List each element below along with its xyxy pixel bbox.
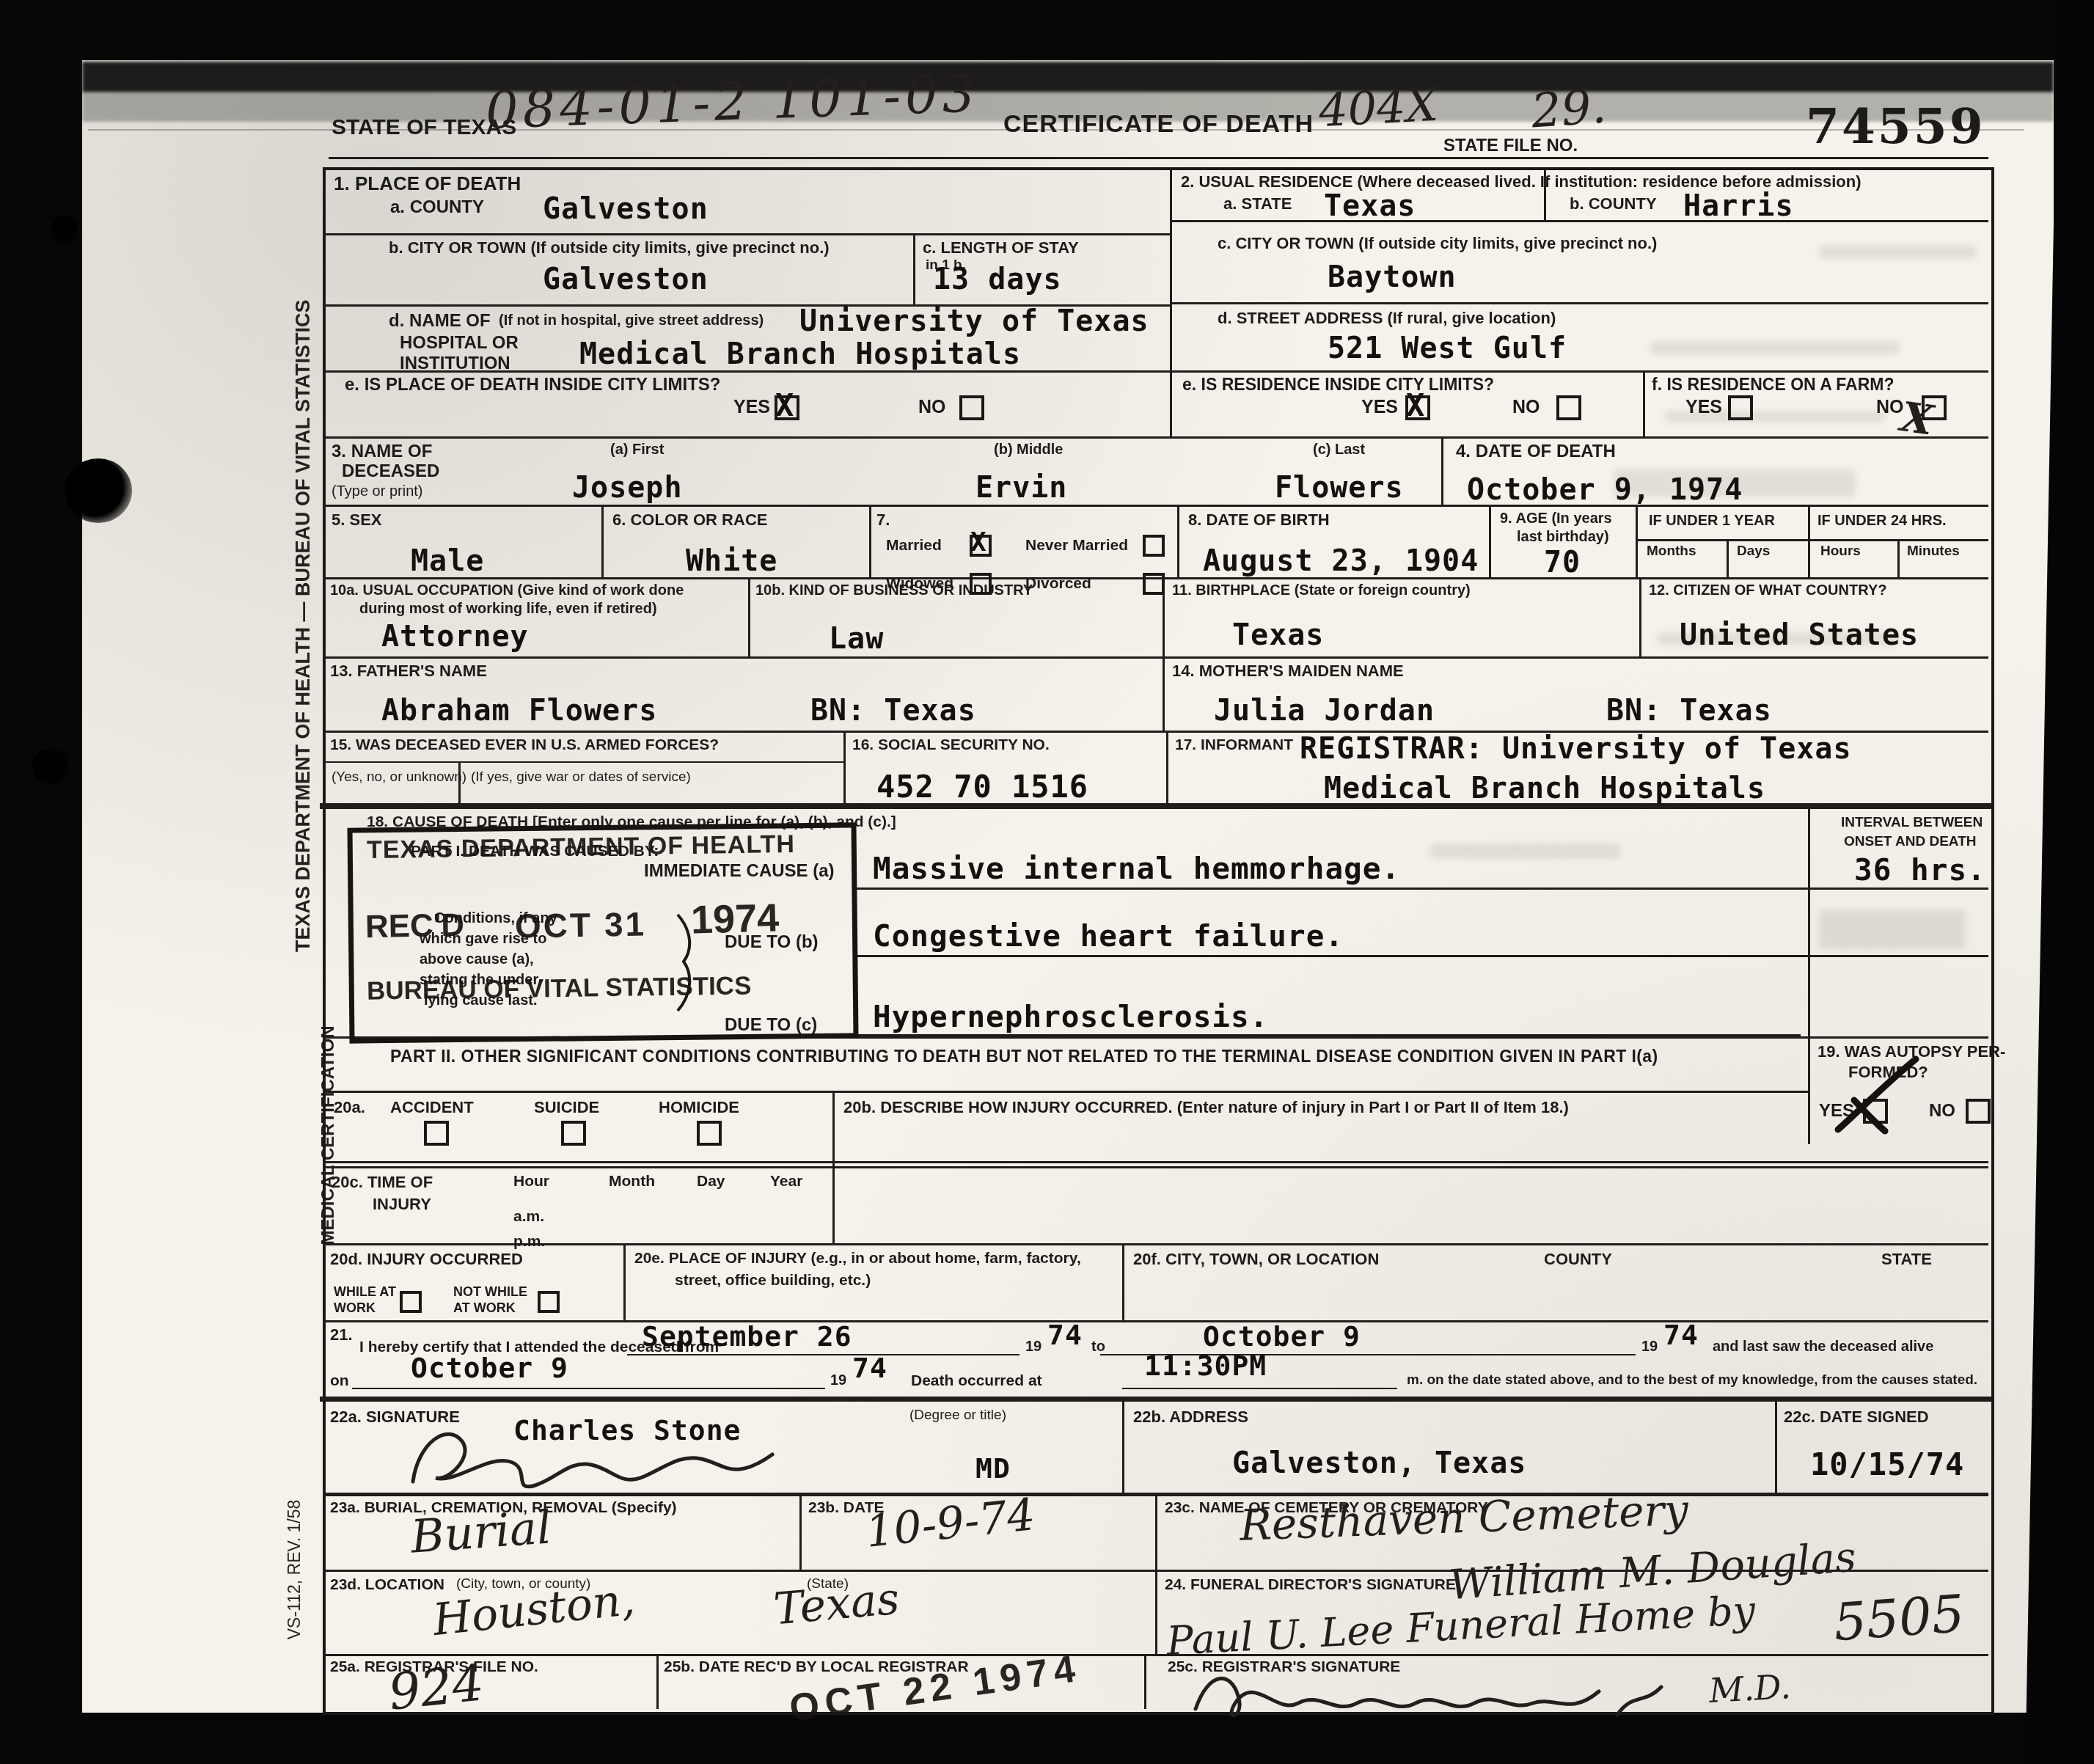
occupation-label-2: during most of working life, even if ret… bbox=[359, 601, 657, 617]
month-label: Month bbox=[609, 1174, 655, 1190]
attended-from-year: 74 bbox=[1047, 1319, 1083, 1351]
name-of-deceased-label-2: DECEASED bbox=[342, 462, 439, 480]
death-city-limits-no-label: NO bbox=[918, 398, 946, 417]
informant-label: 17. INFORMANT bbox=[1175, 737, 1293, 753]
if-under-24-hrs-label: IF UNDER 24 HRS. bbox=[1817, 513, 1947, 529]
divider bbox=[1170, 220, 1988, 222]
last-seen-date-value: October 9 bbox=[411, 1352, 568, 1384]
blank-underline bbox=[352, 1388, 825, 1389]
stamp-date: OCT 31 bbox=[515, 904, 647, 945]
attended-to-year: 74 bbox=[1663, 1319, 1699, 1351]
homicide-checkbox bbox=[697, 1121, 722, 1146]
if-under-1-year-label: IF UNDER 1 YEAR bbox=[1649, 513, 1775, 529]
age-label-2: last birthday) bbox=[1517, 530, 1609, 545]
pm-label: p.m. bbox=[513, 1234, 545, 1250]
residence-city-limits-no-checkbox bbox=[1556, 395, 1581, 420]
divider bbox=[1155, 1570, 1157, 1654]
informant-value-line1: REGISTRAR: University of Texas bbox=[1300, 732, 1851, 766]
age-value: 70 bbox=[1544, 546, 1581, 579]
county-label: a. COUNTY bbox=[390, 198, 484, 216]
divider bbox=[1489, 505, 1491, 577]
injury-county-label: COUNTY bbox=[1544, 1251, 1612, 1267]
mothers-birthstate-value: BN: Texas bbox=[1606, 694, 1772, 728]
hole-punch-large bbox=[65, 458, 132, 523]
residence-state-label: a. STATE bbox=[1223, 195, 1292, 212]
mothers-maiden-name-value: Julia Jordan bbox=[1214, 694, 1435, 728]
length-of-stay-value: 13 days bbox=[933, 263, 1062, 296]
accident-row-number: 20a. bbox=[334, 1099, 365, 1116]
date-of-death-label: 4. DATE OF DEATH bbox=[1456, 442, 1616, 461]
date-of-death-value: October 9, 1974 bbox=[1467, 473, 1743, 507]
county-value: Galveston bbox=[543, 192, 709, 226]
certify-text-2: and last saw the deceased alive bbox=[1713, 1339, 1933, 1355]
accident-checkbox bbox=[424, 1121, 449, 1146]
residence-farm-yes-checkbox bbox=[1728, 395, 1753, 420]
year-19-prefix-a: 19 bbox=[1025, 1339, 1041, 1355]
year-label: Year bbox=[770, 1174, 802, 1190]
funeral-director-label: 24. FUNERAL DIRECTOR'S SIGNATURE bbox=[1165, 1577, 1456, 1593]
color-race-label: 6. COLOR OR RACE bbox=[612, 511, 767, 528]
divider bbox=[799, 1496, 802, 1570]
day-label: Day bbox=[697, 1174, 725, 1190]
street-address-label: d. STREET ADDRESS (If rural, give locati… bbox=[1218, 310, 1556, 326]
hospital-label-paren: (If not in hospital, give street address… bbox=[499, 313, 764, 329]
residence-city-label: c. CITY OR TOWN (If outside city limits,… bbox=[1218, 235, 1657, 252]
mothers-maiden-name-label: 14. MOTHER'S MAIDEN NAME bbox=[1172, 662, 1404, 679]
to-label: to bbox=[1091, 1339, 1105, 1355]
occupation-label-1: 10a. USUAL OCCUPATION (Give kind of work… bbox=[330, 583, 684, 599]
homicide-label: HOMICIDE bbox=[659, 1099, 739, 1116]
date-of-birth-value: August 23, 1904 bbox=[1203, 544, 1479, 578]
address-label: 22b. ADDRESS bbox=[1133, 1408, 1248, 1425]
sex-value: Male bbox=[411, 544, 484, 578]
divider bbox=[323, 1654, 1988, 1656]
middle-name-value: Ervin bbox=[975, 471, 1067, 505]
divider bbox=[1177, 505, 1179, 577]
minutes-label: Minutes bbox=[1907, 544, 1960, 559]
armed-forces-sub1: (Yes, no, or unknown) bbox=[332, 770, 466, 785]
death-city-limits-yes-label: YES bbox=[733, 398, 770, 417]
hospital-label-1: d. NAME OF bbox=[389, 312, 491, 330]
middle-name-label: (b) Middle bbox=[994, 442, 1063, 458]
stamp-agency-line: TEXAS DEPARTMENT OF HEALTH bbox=[367, 830, 795, 865]
usual-residence-title: 2. USUAL RESIDENCE (Where deceased lived… bbox=[1181, 173, 1861, 190]
year-19-prefix-c: 19 bbox=[830, 1373, 846, 1388]
state-file-no-label: STATE FILE NO. bbox=[1443, 136, 1578, 155]
certificate-title: CERTIFICATE OF DEATH bbox=[1003, 111, 1314, 138]
funeral-home-number: 5505 bbox=[1831, 1584, 1966, 1653]
street-address-value: 521 West Gulf bbox=[1328, 332, 1567, 365]
business-label: 10b. KIND OF BUSINESS OR INDUSTRY bbox=[755, 583, 1033, 599]
burial-value: Burial bbox=[409, 1500, 553, 1563]
stamp-bureau-line: BUREAU OF VITAL STATISTICS bbox=[367, 971, 752, 1006]
degree-or-title-label: (Degree or title) bbox=[909, 1408, 1006, 1423]
divider bbox=[1166, 731, 1168, 803]
date-signed-value: 10/15/74 bbox=[1810, 1446, 1964, 1482]
registrar-file-no-value: 924 bbox=[386, 1654, 486, 1721]
hours-label: Hours bbox=[1820, 544, 1861, 559]
divorced-label: Divorced bbox=[1025, 576, 1091, 592]
last-name-label: (c) Last bbox=[1313, 442, 1365, 458]
divider bbox=[1643, 370, 1645, 436]
married-label: Married bbox=[886, 538, 942, 554]
header-rule bbox=[329, 157, 1988, 159]
autopsy-no-checkbox bbox=[1966, 1099, 1991, 1124]
interval-label-2: ONSET AND DEATH bbox=[1844, 835, 1977, 849]
name-of-deceased-label-1: 3. NAME OF bbox=[332, 442, 432, 461]
certify-text-4: m. on the date stated above, and to the … bbox=[1407, 1373, 1977, 1388]
divider bbox=[1163, 656, 1165, 731]
hole-punch-small bbox=[51, 214, 78, 245]
hospital-label-2: HOSPITAL OR bbox=[400, 334, 519, 352]
months-label: Months bbox=[1647, 544, 1696, 559]
citizen-label: 12. CITIZEN OF WHAT COUNTRY? bbox=[1649, 583, 1886, 599]
last-name-value: Flowers bbox=[1275, 471, 1404, 505]
registrar-signature-squiggle bbox=[1188, 1664, 1702, 1730]
last-seen-year: 74 bbox=[852, 1352, 887, 1384]
cause-b-value: Congestive heart failure. bbox=[873, 918, 1344, 954]
divider bbox=[323, 1243, 1988, 1245]
divider bbox=[1727, 541, 1729, 577]
divider bbox=[1155, 1496, 1157, 1570]
divider bbox=[1636, 539, 1988, 541]
divider bbox=[1122, 1243, 1124, 1320]
location-label: 23d. LOCATION bbox=[330, 1577, 444, 1593]
interval-value: 36 hrs. bbox=[1854, 852, 1986, 888]
not-while-at-work-label-1: NOT WHILE bbox=[453, 1285, 527, 1299]
blank-underline bbox=[1122, 1388, 1397, 1389]
divider bbox=[1144, 1654, 1146, 1709]
divider bbox=[1441, 436, 1443, 505]
residence-city-limits-yes-label: YES bbox=[1361, 398, 1398, 417]
residence-farm-yes-label: YES bbox=[1685, 398, 1722, 417]
residence-farm-no-label: NO bbox=[1876, 398, 1904, 417]
citizen-value: United States bbox=[1680, 618, 1919, 652]
top-scan-smear bbox=[82, 62, 2054, 92]
cause-a-underline bbox=[854, 888, 1988, 890]
certify-row-number: 21. bbox=[330, 1326, 353, 1343]
divider bbox=[1636, 505, 1638, 577]
divider bbox=[323, 1161, 1988, 1163]
scanned-death-certificate: TEXAS DEPARTMENT OF HEALTH — BUREAU OF V… bbox=[0, 0, 2094, 1764]
handwritten-file-number: 29. bbox=[1530, 80, 1608, 139]
registrar-signature-md: M.D. bbox=[1708, 1666, 1792, 1710]
date-of-birth-label: 8. DATE OF BIRTH bbox=[1188, 511, 1330, 528]
color-race-value: White bbox=[686, 544, 777, 578]
business-value: Law bbox=[829, 622, 884, 656]
while-at-work-label-2: WORK bbox=[334, 1301, 376, 1315]
divider bbox=[323, 1091, 1808, 1093]
on-label: on bbox=[330, 1373, 349, 1389]
injury-state-label: STATE bbox=[1881, 1251, 1932, 1267]
divider bbox=[832, 1091, 835, 1243]
hospital-label-3: INSTITUTION bbox=[400, 354, 510, 373]
divider bbox=[323, 1166, 1988, 1168]
length-of-stay-label: c. LENGTH OF STAY bbox=[923, 239, 1079, 256]
residence-state-value: Texas bbox=[1324, 189, 1416, 223]
divider bbox=[323, 761, 843, 763]
armed-forces-label: 15. WAS DECEASED EVER IN U.S. ARMED FORC… bbox=[330, 737, 719, 753]
days-label: Days bbox=[1737, 544, 1770, 559]
residence-city-limits-no-label: NO bbox=[1512, 398, 1540, 417]
divider bbox=[323, 233, 1170, 235]
married-x-mark: X bbox=[970, 527, 986, 557]
divider bbox=[1170, 302, 1988, 304]
divider bbox=[323, 1320, 1988, 1322]
stamp-year: 1974 bbox=[690, 895, 780, 943]
cause-b-underline bbox=[854, 955, 1988, 957]
divider bbox=[1170, 167, 1172, 436]
marital-status-number: 7. bbox=[876, 511, 890, 528]
injury-city-label: 20f. CITY, TOWN, OR LOCATION bbox=[1133, 1251, 1379, 1267]
degree-value: MD bbox=[975, 1452, 1011, 1485]
divider bbox=[913, 233, 915, 304]
not-while-at-work-checkbox bbox=[538, 1291, 560, 1313]
first-name-label: (a) First bbox=[610, 442, 664, 458]
divider bbox=[1808, 809, 1810, 1144]
form-number-label: VS-112, REV. 1/58 bbox=[285, 1496, 307, 1643]
never-married-label: Never Married bbox=[1025, 538, 1128, 554]
autopsy-yes-x-mark bbox=[1832, 1055, 1920, 1135]
death-city-limits-yes-x-mark: X bbox=[775, 387, 794, 423]
injury-occurred-label: 20d. INJURY OCCURRED bbox=[330, 1251, 523, 1267]
residence-city-limits-yes-x-mark: X bbox=[1406, 387, 1424, 423]
divider bbox=[869, 505, 871, 577]
age-label-1: 9. AGE (In years bbox=[1500, 511, 1612, 527]
hospital-value-line2: Medical Branch Hospitals bbox=[579, 337, 1021, 371]
place-of-injury-label-2: street, office building, etc.) bbox=[675, 1273, 871, 1289]
death-city-limits-label: e. IS PLACE OF DEATH INSIDE CITY LIMITS? bbox=[345, 376, 720, 394]
time-of-death-value: 11:30PM bbox=[1144, 1350, 1267, 1382]
time-of-injury-label-1: 20c. TIME OF bbox=[332, 1174, 433, 1190]
am-label: a.m. bbox=[513, 1209, 544, 1225]
heavy-divider bbox=[320, 1397, 1991, 1402]
divider bbox=[1122, 1402, 1124, 1493]
divider bbox=[1639, 577, 1641, 656]
divider bbox=[1775, 1402, 1777, 1493]
divider bbox=[323, 656, 1988, 659]
divider bbox=[601, 505, 604, 577]
not-while-at-work-label-2: AT WORK bbox=[453, 1301, 516, 1315]
ssn-label: 16. SOCIAL SECURITY NO. bbox=[852, 737, 1050, 753]
divider bbox=[1808, 505, 1810, 577]
city-town-label: b. CITY OR TOWN (If outside city limits,… bbox=[389, 239, 830, 256]
sex-label: 5. SEX bbox=[332, 511, 381, 528]
physician-name-typed: Charles Stone bbox=[513, 1414, 741, 1446]
while-at-work-checkbox bbox=[400, 1291, 422, 1313]
location-state-value: Texas bbox=[772, 1573, 901, 1636]
birthplace-label: 11. BIRTHPLACE (State or foreign country… bbox=[1172, 583, 1471, 599]
type-or-print-label: (Type or print) bbox=[332, 484, 422, 499]
cause-c-value: Hypernephrosclerosis. bbox=[873, 999, 1268, 1034]
time-of-injury-label-2: INJURY bbox=[373, 1196, 431, 1212]
describe-injury-label: 20b. DESCRIBE HOW INJURY OCCURRED. (Ente… bbox=[843, 1099, 1569, 1116]
accident-label: ACCIDENT bbox=[390, 1099, 474, 1116]
vertical-agency-label: TEXAS DEPARTMENT OF HEALTH — BUREAU OF V… bbox=[293, 351, 319, 952]
hour-label: Hour bbox=[513, 1174, 549, 1190]
place-of-death-title: 1. PLACE OF DEATH bbox=[334, 174, 521, 194]
stamp-recd-label: REC'D bbox=[365, 907, 465, 945]
occupation-value: Attorney bbox=[381, 620, 529, 654]
handwritten-cert-number: 404X bbox=[1317, 78, 1439, 137]
attended-to-value: October 9 bbox=[1203, 1320, 1361, 1353]
divider bbox=[1897, 541, 1900, 577]
fathers-name-label: 13. FATHER'S NAME bbox=[330, 662, 487, 679]
divider bbox=[623, 1243, 626, 1320]
residence-county-label: b. COUNTY bbox=[1570, 195, 1657, 212]
divider bbox=[323, 436, 1988, 439]
divider bbox=[748, 577, 750, 656]
divider bbox=[323, 370, 1988, 373]
part2-label: PART II. OTHER SIGNIFICANT CONDITIONS CO… bbox=[390, 1047, 1658, 1065]
ssn-value: 452 70 1516 bbox=[876, 769, 1088, 805]
residence-farm-no-x-mark: X bbox=[1898, 392, 1936, 444]
suicide-checkbox bbox=[561, 1121, 586, 1146]
suicide-label: SUICIDE bbox=[534, 1099, 599, 1116]
first-name-value: Joseph bbox=[572, 471, 683, 505]
residence-county-value: Harris bbox=[1683, 189, 1794, 223]
state-file-number: 74559 bbox=[1806, 101, 1985, 152]
fathers-name-value: Abraham Flowers bbox=[381, 694, 657, 728]
never-married-checkbox bbox=[1143, 535, 1165, 557]
city-town-value: Galveston bbox=[543, 263, 709, 296]
place-of-injury-label-1: 20e. PLACE OF INJURY (e.g., in or about … bbox=[634, 1251, 1081, 1267]
divorced-checkbox bbox=[1143, 573, 1165, 595]
birthplace-value: Texas bbox=[1232, 618, 1324, 652]
date-signed-label: 22c. DATE SIGNED bbox=[1784, 1408, 1929, 1425]
death-city-limits-no-checkbox bbox=[959, 395, 984, 420]
divider bbox=[843, 731, 846, 803]
autopsy-no-label: NO bbox=[1929, 1102, 1955, 1120]
attended-from-value: September 26 bbox=[642, 1320, 852, 1353]
certify-text-3: Death occurred at bbox=[911, 1373, 1042, 1389]
residence-farm-label: f. IS RESIDENCE ON A FARM? bbox=[1652, 376, 1895, 393]
address-value: Galveston, Texas bbox=[1232, 1446, 1526, 1480]
residence-city-limits-label: e. IS RESIDENCE INSIDE CITY LIMITS? bbox=[1182, 376, 1494, 393]
hospital-value-line1: University of Texas bbox=[799, 304, 1149, 338]
armed-forces-sub2: (If yes, give war or dates of service) bbox=[471, 770, 691, 785]
divider bbox=[656, 1654, 659, 1709]
fathers-birthstate-value: BN: Texas bbox=[810, 694, 976, 728]
year-19-prefix-b: 19 bbox=[1641, 1339, 1658, 1355]
interval-label-1: INTERVAL BETWEEN bbox=[1841, 816, 1983, 830]
informant-value-line2: Medical Branch Hospitals bbox=[1324, 772, 1765, 805]
ink-blot bbox=[32, 748, 69, 785]
cause-a-value: Massive internal hemmorhage. bbox=[873, 851, 1400, 886]
while-at-work-label-1: WHILE AT bbox=[334, 1285, 396, 1299]
residence-city-value: Baytown bbox=[1328, 260, 1457, 294]
